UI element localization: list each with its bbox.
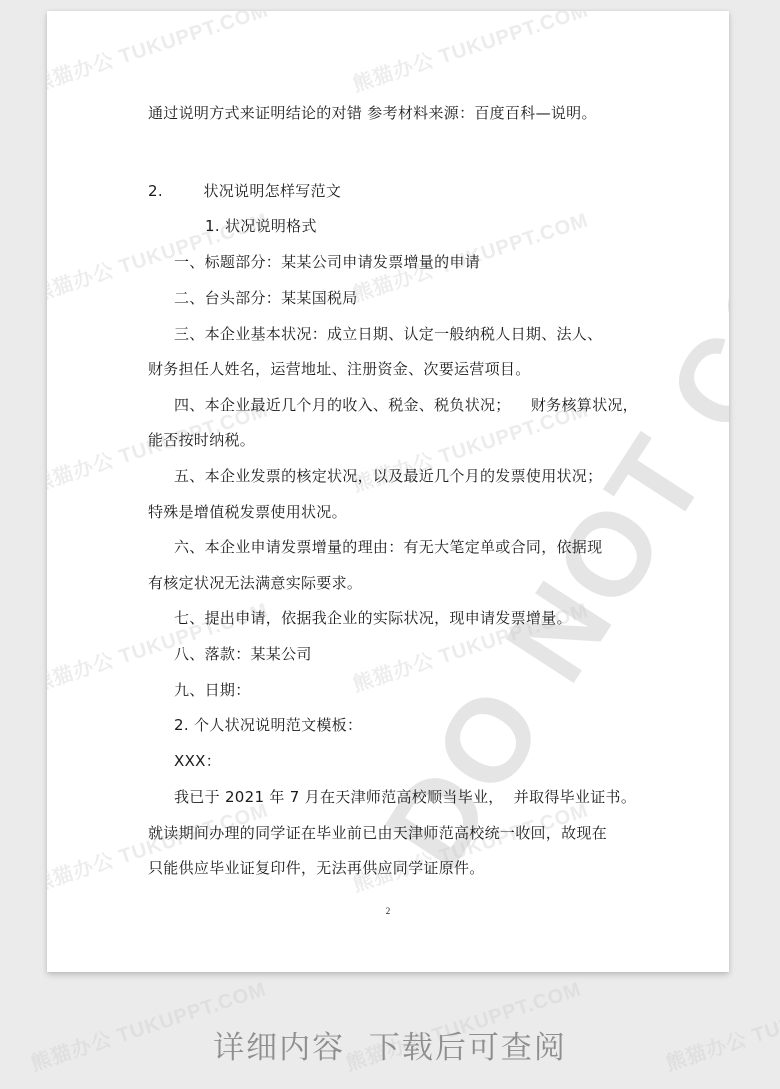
tile-watermark: 熊猫办公 TUKUPPT.COM [349, 11, 592, 97]
body-text-line: 财务担任人姓名，运营地址、注册资金、次要运营项目。 [148, 359, 531, 379]
body-text-line: 只能供应毕业证复印件，无法再供应同学证原件。 [148, 858, 485, 878]
body-text-line: 特殊是增值税发票使用状况。 [148, 502, 347, 522]
body-text-line: 三、本企业基本状况：成立日期、认定一般纳税人日期、法人、 [174, 324, 602, 344]
do-not-copy-watermark: DO NOT COPY [358, 87, 729, 891]
subsection-heading: 1. 状况说明格式 [205, 216, 317, 236]
body-text-line: 九、日期： [174, 680, 251, 700]
subsection-heading: 2. 个人状况说明范文模板： [174, 715, 362, 735]
body-text-line: 就读期间办理的同学证在毕业前已由天津师范高校统一收回，故现在 [148, 823, 607, 843]
tile-watermark: 熊猫办公 TUKUPPT.COM [47, 794, 271, 898]
body-text-line: 四、本企业最近几个月的收入、税金、税负状况； 财务核算状况， [174, 395, 638, 415]
tile-watermark: 熊猫办公 TUKUPPT.COM [47, 11, 271, 97]
body-text-line: 八、落款：某某公司 [174, 644, 312, 664]
body-text-line: 我已于 2021 年 7 月在天津师范高校顺当毕业， 并取得毕业证书。 [174, 787, 636, 807]
body-text-line: 有核定状况无法满意实际要求。 [148, 573, 362, 593]
section-heading: 2. 状况说明怎样写范文 [148, 181, 341, 201]
body-text-line: 二、台头部分：某某国税局 [174, 288, 358, 308]
tile-watermark: 熊猫办公 TUKUPPT.COM [349, 794, 592, 898]
body-text-line: 一、标题部分：某某公司申请发票增量的申请 [174, 252, 480, 272]
body-text-line: 通过说明方式来证明结论的对错 参考材料来源：百度百科—说明。 [148, 103, 597, 123]
page-number: 2 [47, 906, 729, 916]
body-text-line: 六、本企业申请发票增量的理由：有无大笔定单或合同，依据现 [174, 537, 602, 557]
body-text-line: 五、本企业发票的核定状况，以及最近几个月的发票使用状况； [174, 466, 602, 486]
document-page: DO NOT COPY 熊猫办公 TUKUPPT.COM 熊猫办公 TUKUPP… [47, 11, 729, 972]
salutation: XXX： [174, 751, 221, 771]
download-to-view-caption: 详细内容 下载后可查阅 [0, 1022, 780, 1067]
body-text-line: 能否按时纳税。 [148, 430, 255, 450]
body-text-line: 七、提出申请，依据我企业的实际状况，现申请发票增量。 [174, 608, 572, 628]
